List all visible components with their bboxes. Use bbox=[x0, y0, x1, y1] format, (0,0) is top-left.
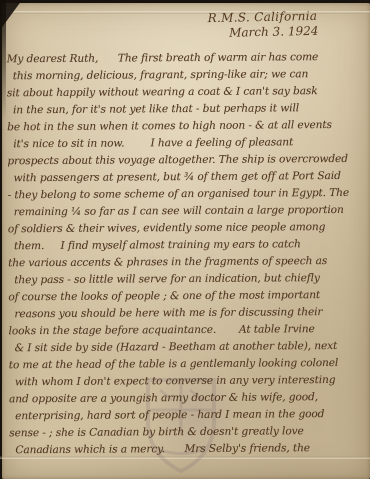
letter-body: My dearest Ruth, The first breath of war… bbox=[7, 49, 368, 459]
letter-heading: R.M.S. California March 3. 1924 bbox=[206, 9, 318, 40]
letter-line: My dearest Ruth, The first breath of war… bbox=[7, 49, 365, 68]
scan-edge-shadow bbox=[0, 0, 6, 120]
letter-line: enterprising, hard sort of people - hard… bbox=[9, 406, 367, 425]
letter-date: March 3. 1924 bbox=[207, 24, 319, 40]
letter-line: sit about happily without wearing a coat… bbox=[7, 83, 365, 102]
ship-name: R.M.S. California bbox=[206, 9, 318, 25]
letter-line: Canadians which is a mercy. Mrs Selby's … bbox=[9, 440, 367, 459]
letter-line: of soldiers & their wives, evidently som… bbox=[8, 219, 366, 238]
letter-line: be hot in the sun when it comes to high … bbox=[7, 117, 365, 136]
letter-scan: { "colors": { "paper": "#d5c5a6", "ink":… bbox=[0, 0, 370, 479]
